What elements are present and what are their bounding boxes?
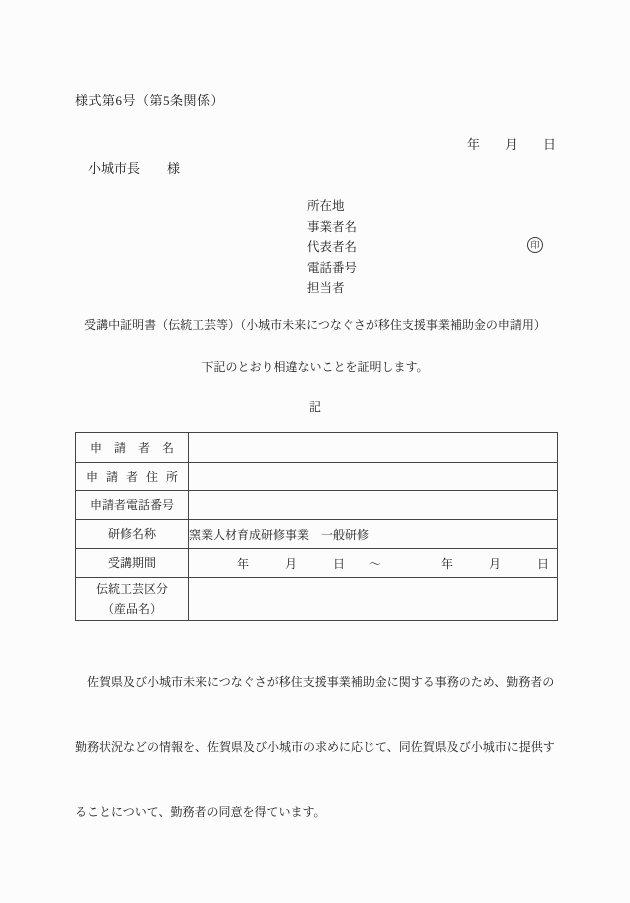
consent-note: 佐賀県及び小城市未来につなぐさが移住支援事業補助金に関する事務のため、勤務者の … bbox=[75, 629, 555, 867]
row-value-training-name: 窯業人材育成研修事業 一般研修 bbox=[189, 520, 558, 549]
table-row-training-name: 研修名称 窯業人材育成研修事業 一般研修 bbox=[76, 520, 558, 549]
date-line: 年 月 日 bbox=[467, 134, 556, 153]
addressee-name: 小城市長 bbox=[88, 161, 140, 176]
certification-statement: 下記のとおり相違ないことを証明します。 bbox=[0, 358, 630, 375]
application-table: 申 請 者 名 申 請 者 住 所 申請者電話番号 研修名称 窯業人材育成研修事… bbox=[75, 432, 558, 621]
seal-mark-icon: 印 bbox=[527, 237, 543, 253]
row-label-applicant-name: 申 請 者 名 bbox=[76, 433, 189, 463]
document-title: 受講中証明書（伝統工芸等）（小城市未来につなぐさが移住支援事業補助金の申請用） bbox=[0, 316, 630, 333]
table-row-applicant-phone: 申請者電話番号 bbox=[76, 491, 558, 520]
row-label-applicant-address: 申 請 者 住 所 bbox=[76, 463, 189, 491]
submitter-field-business-name: 事業者名 bbox=[307, 217, 357, 238]
table-row-applicant-name: 申 請 者 名 bbox=[76, 433, 558, 463]
submitter-block: 所在地 事業者名 代表者名 電話番号 担当者 bbox=[307, 196, 357, 299]
table-row-craft-category: 伝統工芸区分 （産品名） bbox=[76, 578, 558, 621]
row-value-craft-category bbox=[189, 578, 558, 621]
document-page: 様式第6号（第5条関係） 年 月 日 小城市長様 所在地 事業者名 代表者名 電… bbox=[0, 0, 630, 903]
note-line-1: 佐賀県及び小城市未来につなぐさが移住支援事業補助金に関する事務のため、勤務者の bbox=[75, 672, 555, 694]
row-label-craft-category: 伝統工芸区分 （産品名） bbox=[76, 578, 189, 621]
form-number-label: 様式第6号（第5条関係） bbox=[75, 90, 224, 109]
addressee-line: 小城市長様 bbox=[88, 158, 180, 177]
row-label-attendance-period: 受講期間 bbox=[76, 549, 189, 578]
note-line-2: 勤務状況などの情報を、佐賀県及び小城市の求めに応じて、同佐賀県及び小城市に提供す bbox=[75, 737, 555, 759]
addressee-honorific: 様 bbox=[167, 161, 180, 176]
row-label-training-name: 研修名称 bbox=[76, 520, 189, 549]
row-value-applicant-address bbox=[189, 463, 558, 491]
table-row-attendance-period: 受講期間 年 月 日 ～ 年 月 日 bbox=[76, 549, 558, 578]
submitter-field-phone-number: 電話番号 bbox=[307, 258, 357, 279]
row-value-attendance-period: 年 月 日 ～ 年 月 日 bbox=[189, 549, 558, 578]
submitter-field-contact-person: 担当者 bbox=[307, 278, 357, 299]
table-row-applicant-address: 申 請 者 住 所 bbox=[76, 463, 558, 491]
row-value-applicant-phone bbox=[189, 491, 558, 520]
day-label: 日 bbox=[543, 134, 556, 153]
note-line-3: ることについて、勤務者の同意を得ています。 bbox=[75, 802, 555, 824]
submitter-field-representative-name: 代表者名 bbox=[307, 237, 357, 258]
row-value-applicant-name bbox=[189, 433, 558, 463]
month-label: 月 bbox=[505, 134, 518, 153]
submitter-field-location: 所在地 bbox=[307, 196, 357, 217]
record-heading: 記 bbox=[0, 398, 630, 415]
year-label: 年 bbox=[467, 134, 480, 153]
row-label-applicant-phone: 申請者電話番号 bbox=[76, 491, 189, 520]
